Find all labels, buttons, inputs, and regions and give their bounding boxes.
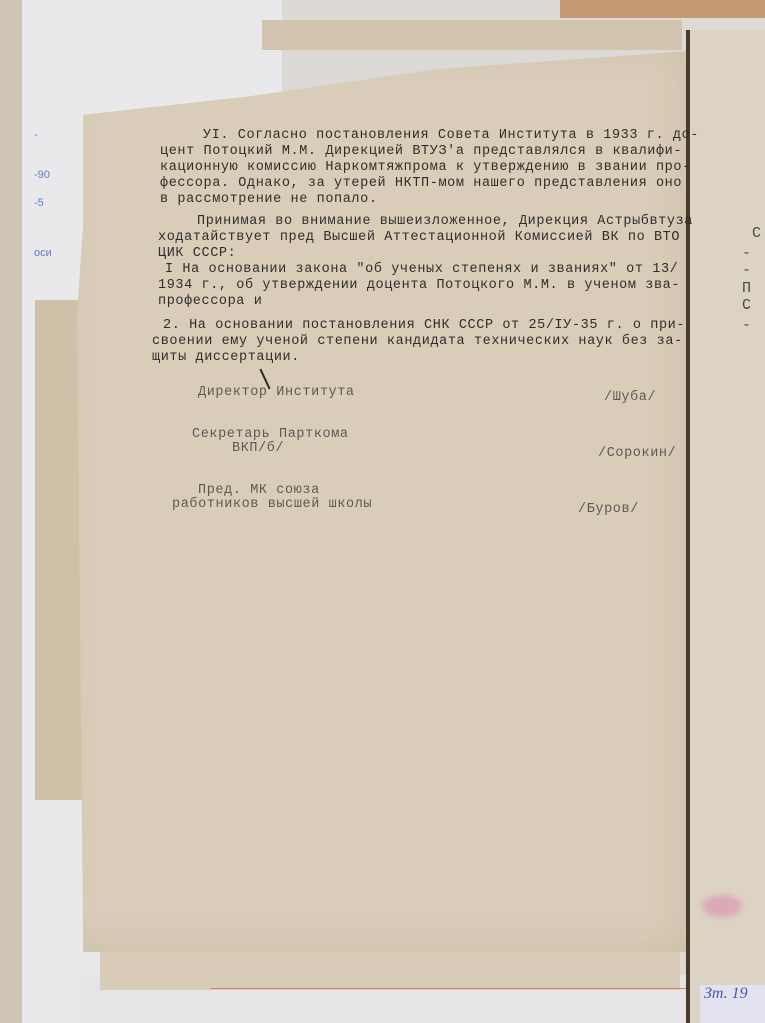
text-line: щиты диссертации. (152, 350, 300, 365)
text-line: 1934 г., об утверждении доцента Потоцког… (158, 278, 680, 293)
text-line: І На основании закона "об ученых степеня… (165, 262, 678, 277)
text-line: в рассмотрение не попало. (160, 192, 378, 207)
text-line: 2. На основании постановления СНК СССР о… (163, 318, 685, 333)
text-line: фессора. Однако, за утерей НКТП-мом наше… (160, 176, 682, 191)
signature-title: Директор Института (198, 385, 355, 400)
signature-title: Секретарь Парткома (192, 427, 349, 442)
text-line: ходатайствует пред Высшей Аттестационной… (158, 230, 680, 245)
text-line: УІ. Согласно постановления Совета Инстит… (203, 128, 699, 143)
document-text: УІ. Согласно постановления Совета Инстит… (0, 0, 765, 1023)
signature-title: работников высшей школы (172, 497, 372, 512)
signature-title: ВКП/б/ (232, 441, 284, 456)
text-line: своении ему ученой степени кандидата тех… (152, 334, 683, 349)
signature-name: /Сорокин/ (598, 446, 676, 461)
signature-name: /Буров/ (578, 502, 639, 517)
text-line: Принимая во внимание вышеизложенное, Дир… (197, 214, 693, 229)
text-line: цент Потоцкий М.М. Дирекцией ВТУЗ'а пред… (160, 144, 682, 159)
text-line: профессора и (158, 294, 262, 309)
signature-name: /Шуба/ (604, 390, 656, 405)
text-line: ЦИК СССР: (158, 246, 236, 261)
text-line: кационную комиссию Наркомтяжпрома к утве… (160, 160, 691, 175)
signature-title: Пред. МК союза (198, 483, 320, 498)
